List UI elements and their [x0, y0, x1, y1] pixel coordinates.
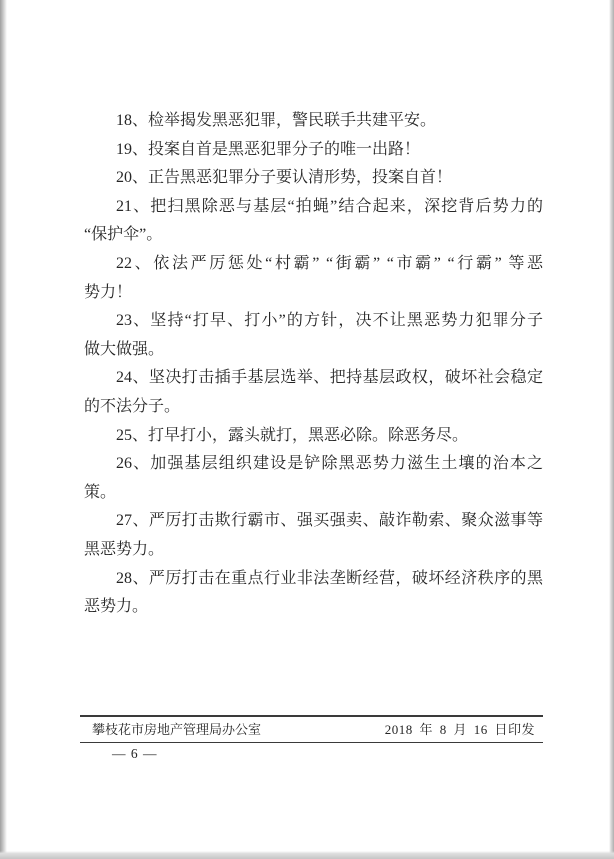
- text-line: 26、加强基层组织建设是铲除黑恶势力滋生土壤的治本之: [84, 450, 543, 479]
- text-line: 24、坚决打击插手基层选举、把持基层政权，破坏社会稳定: [84, 364, 543, 393]
- text-line: 黑恶势力。: [84, 536, 543, 565]
- text-line: 25、打早打小，露头就打，黑恶必除。除恶务尽。: [84, 422, 543, 451]
- footer: 攀枝花市房地产管理局办公室 2018 年 8 月 16 日印发: [92, 716, 535, 741]
- text-line: 势力！: [84, 279, 543, 308]
- text-line: 19、投案自首是黑恶犯罪分子的唯一出路！: [84, 136, 543, 165]
- paragraph-27: 27、严厉打击欺行霸市、强买强卖、敲诈勒索、聚众滋事等黑恶势力。: [84, 507, 543, 564]
- paragraph-28: 28、严厉打击在重点行业非法垄断经营，破坏经济秩序的黑恶势力。: [84, 565, 543, 622]
- text-line: 的不法分子。: [84, 393, 543, 422]
- text-line: 28、严厉打击在重点行业非法垄断经营，破坏经济秩序的黑: [84, 565, 543, 594]
- paragraph-24: 24、坚决打击插手基层选举、把持基层政权，破坏社会稳定的不法分子。: [84, 364, 543, 421]
- text-line: 22、依法严厉惩处“村霸” “街霸” “市霸” “行霸” 等恶: [84, 250, 543, 279]
- document-page: 18、检举揭发黑恶犯罪，警民联手共建平安。19、投案自首是黑恶犯罪分子的唯一出路…: [0, 0, 614, 859]
- scan-edge-left: [0, 0, 7, 859]
- scan-edge-right: [609, 0, 614, 859]
- text-line: 21、把扫黑除恶与基层“拍蝇”结合起来，深挖背后势力的: [84, 193, 543, 222]
- text-line: “保护伞”。: [84, 221, 543, 250]
- scan-edge-bottom: [0, 851, 614, 859]
- footer-print-date: 2018 年 8 月 16 日印发: [385, 719, 535, 738]
- document-body: 18、检举揭发黑恶犯罪，警民联手共建平安。19、投案自首是黑恶犯罪分子的唯一出路…: [84, 107, 543, 622]
- page-number: — 6 —: [112, 746, 158, 762]
- paragraph-25: 25、打早打小，露头就打，黑恶必除。除恶务尽。: [84, 422, 543, 451]
- text-line: 策。: [84, 479, 543, 508]
- text-line: 恶势力。: [84, 593, 543, 622]
- footer-issuer: 攀枝花市房地产管理局办公室: [92, 719, 261, 738]
- text-line: 20、正告黑恶犯罪分子要认清形势，投案自首！: [84, 164, 543, 193]
- paragraph-18: 18、检举揭发黑恶犯罪，警民联手共建平安。: [84, 107, 543, 136]
- footer-bottom-rule: [80, 742, 543, 744]
- text-line: 做大做强。: [84, 336, 543, 365]
- text-line: 18、检举揭发黑恶犯罪，警民联手共建平安。: [84, 107, 543, 136]
- paragraph-26: 26、加强基层组织建设是铲除黑恶势力滋生土壤的治本之策。: [84, 450, 543, 507]
- paragraph-22: 22、依法严厉惩处“村霸” “街霸” “市霸” “行霸” 等恶势力！: [84, 250, 543, 307]
- text-line: 23、坚持“打早、打小”的方针，决不让黑恶势力犯罪分子: [84, 307, 543, 336]
- paragraph-19: 19、投案自首是黑恶犯罪分子的唯一出路！: [84, 136, 543, 165]
- paragraph-21: 21、把扫黑除恶与基层“拍蝇”结合起来，深挖背后势力的“保护伞”。: [84, 193, 543, 250]
- text-line: 27、严厉打击欺行霸市、强买强卖、敲诈勒索、聚众滋事等: [84, 507, 543, 536]
- paragraph-20: 20、正告黑恶犯罪分子要认清形势，投案自首！: [84, 164, 543, 193]
- paragraph-23: 23、坚持“打早、打小”的方针，决不让黑恶势力犯罪分子做大做强。: [84, 307, 543, 364]
